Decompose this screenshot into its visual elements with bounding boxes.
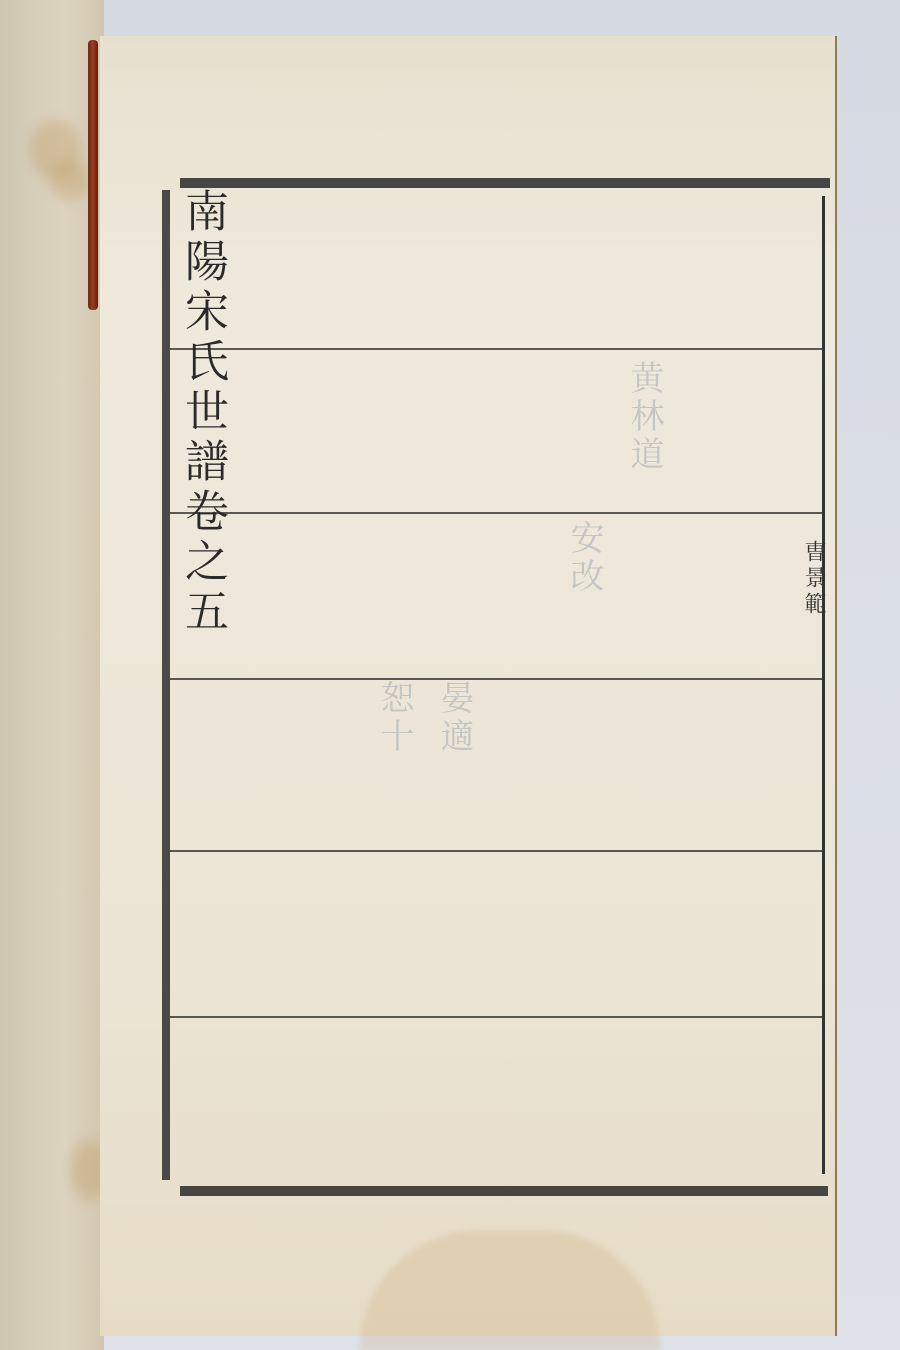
row-divider	[170, 678, 822, 680]
bleed-through-text: 黄林道	[620, 360, 669, 474]
frame-right-border	[822, 196, 825, 1174]
row-divider	[170, 348, 822, 350]
frame-left-border	[162, 190, 170, 1180]
book-title: 南陽宋氏世譜卷之五	[172, 188, 232, 638]
bleed-through-text: 安改	[560, 520, 609, 596]
frame-bottom-border	[180, 1186, 828, 1196]
bleed-through-text: 恕十	[370, 680, 419, 756]
binding-thread	[88, 40, 98, 310]
row-divider	[170, 1016, 822, 1018]
row-divider	[170, 512, 822, 514]
row-divider	[170, 850, 822, 852]
entry-name: 曺景範	[798, 540, 829, 618]
bleed-through-text: 晏適	[430, 680, 479, 756]
stain	[50, 160, 90, 200]
frame-top-border	[180, 178, 830, 188]
